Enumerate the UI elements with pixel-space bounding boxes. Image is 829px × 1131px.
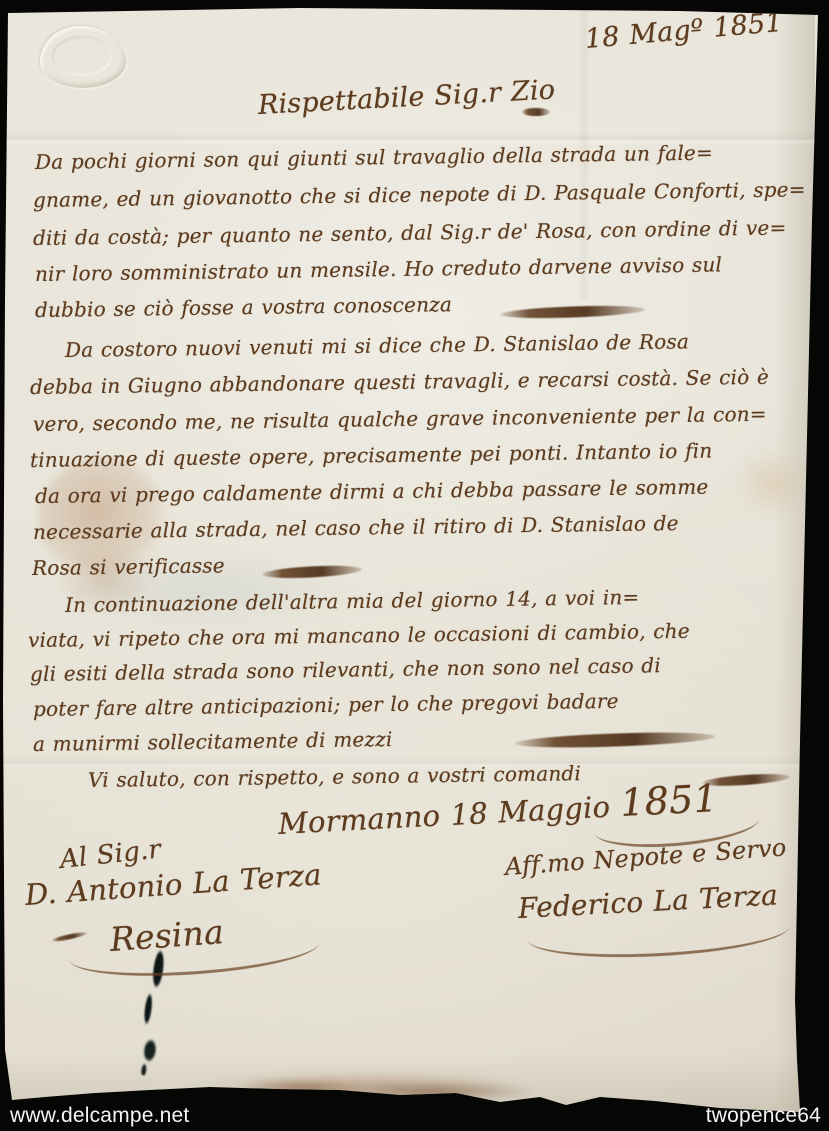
body-line: Da costoro nuovi venuti mi si dice che D… — [65, 329, 689, 362]
body-line: gli esiti della strada sono rilevanti, c… — [30, 653, 661, 686]
letter-paper: 18 Magº 1851 Rispettabile Sig.r Zio Da p… — [0, 0, 829, 1131]
ink-dash — [522, 108, 550, 116]
body-line: nir loro somministrato un mensile. Ho cr… — [35, 252, 722, 286]
date-annotation: 18 Magº 1851 — [584, 7, 784, 55]
body-line: poter fare altre anticipazioni; per lo c… — [33, 689, 619, 721]
body-line: diti da costà; per quanto ne sento, dal … — [33, 215, 787, 250]
body-line: necessarie alla strada, nel caso che il … — [33, 511, 679, 544]
body-line: Rosa si verificasse — [32, 553, 225, 580]
salutation: Rispettabile Sig.r Zio — [257, 74, 556, 121]
watermark-delcampe: www.delcampe.net — [10, 1104, 189, 1128]
body-line: viata, vi ripeto che ora mi mancano le o… — [28, 619, 690, 652]
ink-dash — [500, 304, 645, 320]
body-line: dubbio se ciò fosse a vostra conoscenza — [35, 292, 452, 322]
letter-photo: 18 Magº 1851 Rispettabile Sig.r Zio Da p… — [0, 0, 829, 1131]
dateline-place: Mormanno 18 Maggio — [277, 789, 621, 841]
body-line: debba in Giugno abbandonare questi trava… — [30, 365, 769, 399]
ink-flourish — [527, 916, 790, 963]
ink-dash — [262, 564, 362, 580]
watermark-twopence64: twopence64 — [706, 1104, 821, 1128]
ink-dash — [51, 931, 87, 943]
paper-edge-shade — [773, 0, 815, 1131]
body-line: Da pochi giorni son qui giunti sul trava… — [35, 141, 713, 174]
embossed-seal — [40, 26, 126, 88]
body-line: tinuazione di queste opere, precisamente… — [30, 438, 713, 472]
body-line: vero, secondo me, ne risulta qualche gra… — [33, 402, 767, 436]
body-line: In continuazione dell'altra mia del gior… — [65, 585, 640, 617]
body-line: a munirmi sollecitamente di mezzi — [33, 727, 393, 756]
body-line: gname, ed un giovanotto che si dice nepo… — [33, 177, 806, 212]
ink-dash — [515, 730, 715, 750]
body-line: da ora vi prego caldamente dirmi a chi d… — [35, 475, 709, 508]
embossed-seal-inner — [52, 36, 112, 76]
